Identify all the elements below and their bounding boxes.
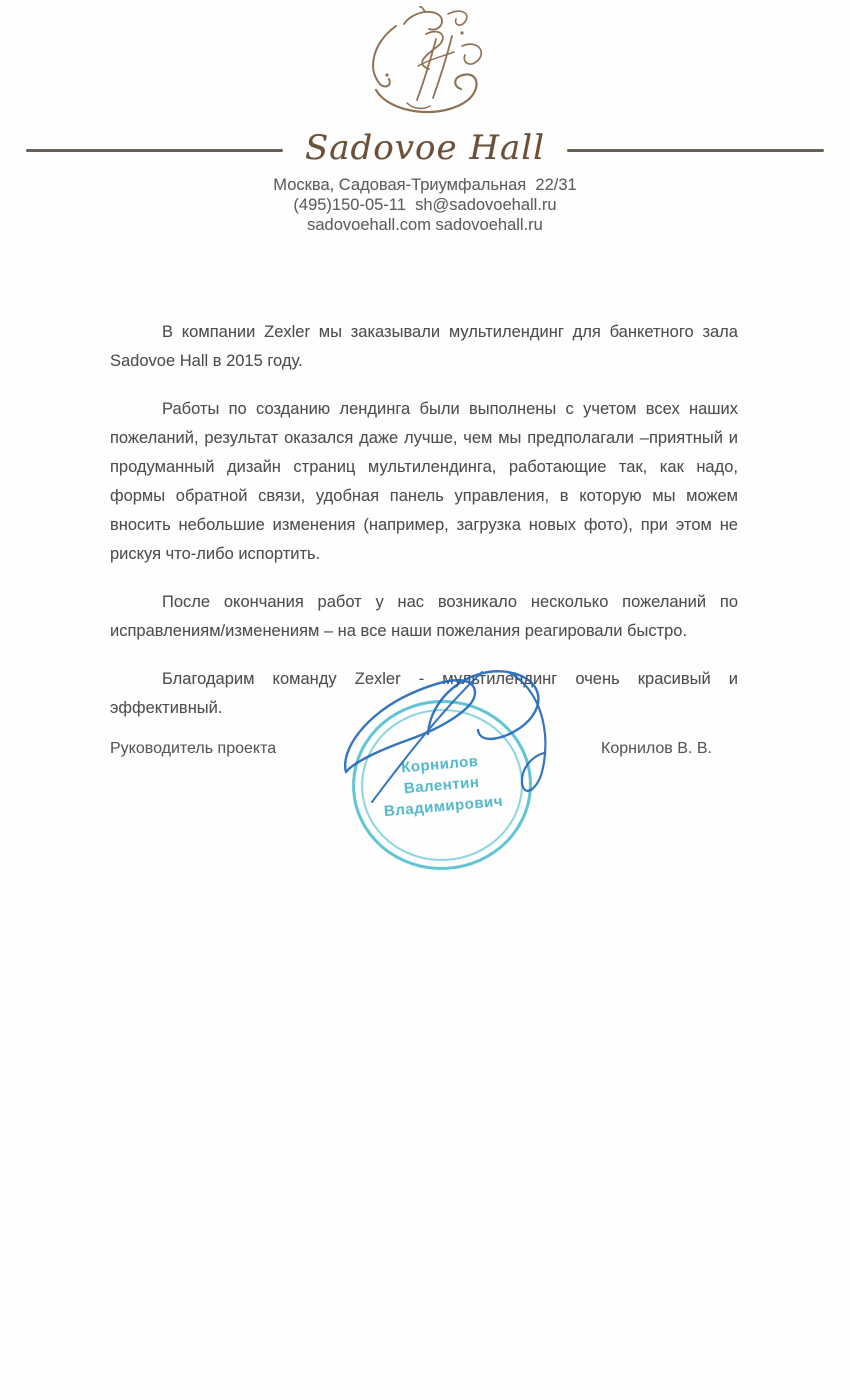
signer-role-label: Руководитель проекта — [110, 740, 276, 758]
left-rule-divider — [26, 149, 283, 152]
sadovoe-monogram-logo-icon — [345, 6, 505, 128]
address-block: Москва, Садовая-Триумфальная 22/31 (495)… — [0, 175, 850, 235]
paragraph-1: В компании Zexler мы заказывали мультиле… — [110, 318, 738, 376]
signer-name-label: Корнилов В. В. — [601, 740, 712, 758]
paragraph-3: После окончания работ у нас возникало не… — [110, 588, 738, 646]
address-line-2: (495)150-05-11 sh@sadovoehall.ru — [0, 195, 850, 215]
handwritten-signature-icon — [330, 650, 590, 885]
letterhead: Sadovoe Hall Москва, Садовая-Триумфальна… — [0, 6, 850, 235]
brand-row: Sadovoe Hall — [26, 130, 824, 170]
right-rule-divider — [567, 149, 824, 152]
brand-name: Sadovoe Hall — [283, 128, 567, 168]
address-line-1: Москва, Садовая-Триумфальная 22/31 — [0, 175, 850, 195]
paragraph-2: Работы по созданию лендинга были выполне… — [110, 395, 738, 569]
scanned-letter-page: Sadovoe Hall Москва, Садовая-Триумфальна… — [0, 0, 850, 1400]
address-line-3: sadovoehall.com sadovoehall.ru — [0, 215, 850, 235]
